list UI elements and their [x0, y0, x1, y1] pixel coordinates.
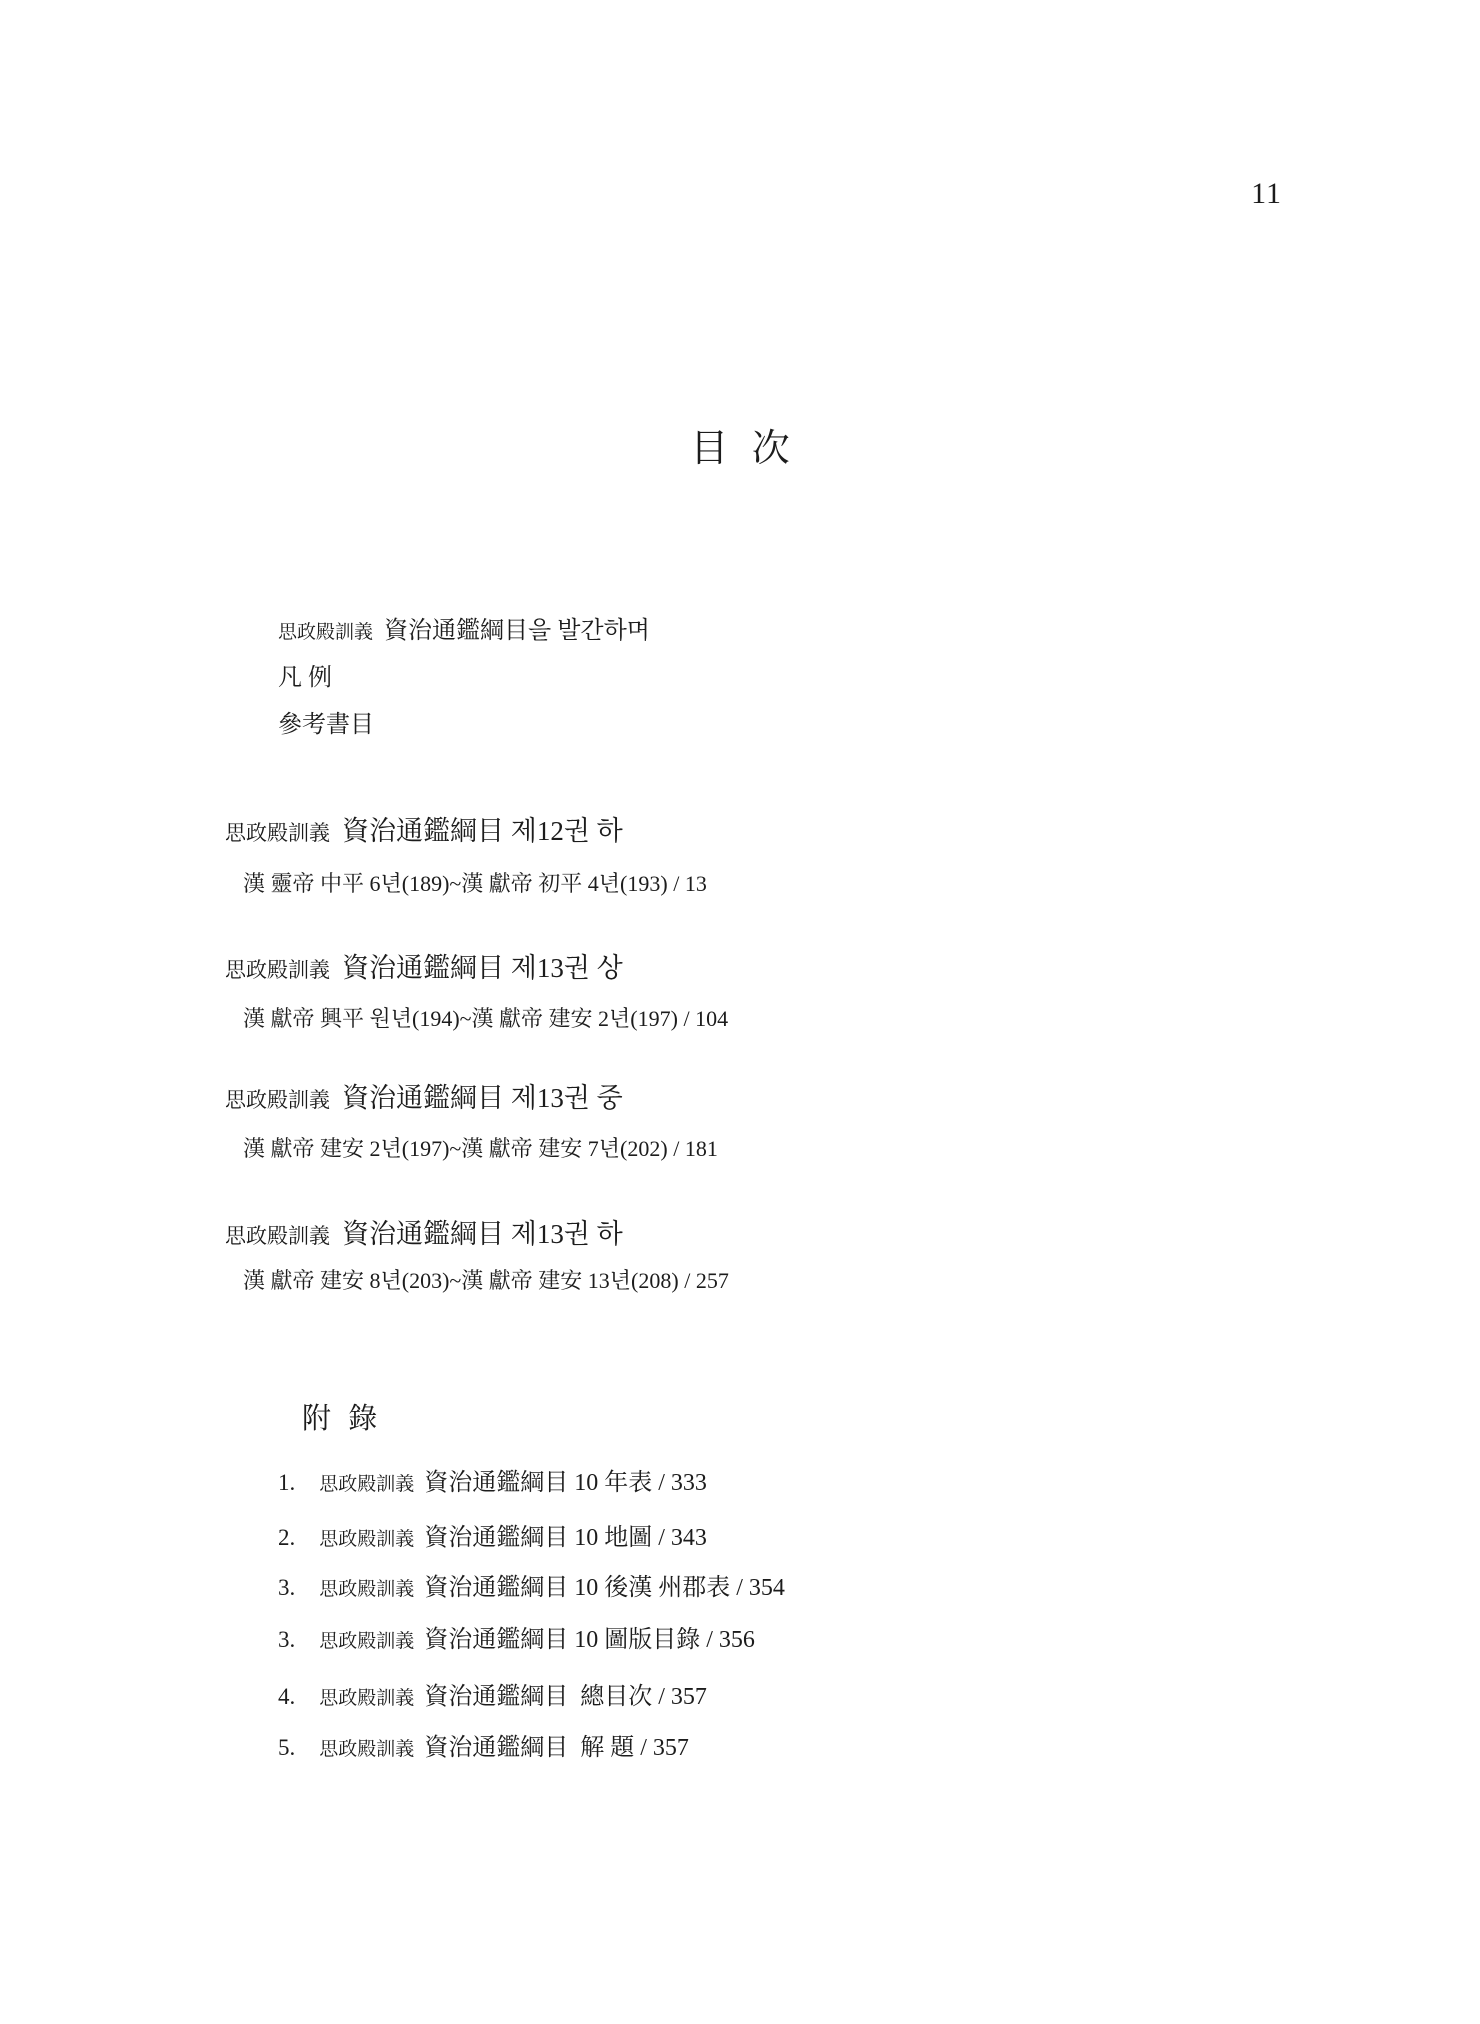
item-number: 2.	[278, 1525, 295, 1550]
volume-entry-range: 漢 獻帝 建安 8년(203)~漢 獻帝 建安 13년(208) / 257	[243, 1270, 729, 1292]
appendix-item: 3.思政殿訓義資治通鑑綱目 10 圖版目錄 / 356	[278, 1628, 755, 1652]
item-number: 4.	[278, 1684, 295, 1709]
appendix-heading: 附 錄	[302, 1405, 377, 1434]
volume-entry-range: 漢 獻帝 興平 원년(194)~漢 獻帝 建安 2년(197) / 104	[243, 1008, 728, 1030]
volume-entry-range: 漢 獻帝 建安 2년(197)~漢 獻帝 建安 7년(202) / 181	[243, 1138, 718, 1160]
volume-entry-title: 思政殿訓義資治通鑑綱目 제13권 하	[225, 1221, 623, 1248]
appendix-item: 5.思政殿訓義資治通鑑綱目 解 題 / 357	[278, 1736, 689, 1760]
series-prefix: 思政殿訓義	[225, 1088, 330, 1112]
appendix-item: 1.思政殿訓義資治通鑑綱目 10 年表 / 333	[278, 1471, 707, 1495]
volume-entry-title: 思政殿訓義資治通鑑綱目 제13권 상	[225, 955, 623, 982]
volume-title-text: 資治通鑑綱目 제13권 상	[342, 953, 623, 983]
item-number: 3.	[278, 1627, 295, 1652]
front-matter-item-conventions: 凡 例	[278, 666, 332, 690]
volume-title-text: 資治通鑑綱目 제12권 하	[342, 816, 623, 846]
volume-entry-title: 思政殿訓義資治通鑑綱目 제13권 중	[225, 1085, 623, 1112]
appendix-item-text: 資治通鑑綱目 10 後漢 州郡表 / 354	[424, 1575, 785, 1601]
series-prefix: 思政殿訓義	[319, 1474, 414, 1495]
series-prefix: 思政殿訓義	[319, 1739, 414, 1760]
appendix-item: 3.思政殿訓義資治通鑑綱目 10 後漢 州郡表 / 354	[278, 1576, 785, 1600]
volume-title-text: 資治通鑑綱目 제13권 중	[342, 1083, 623, 1113]
front-matter-item-bibliography: 參考書目	[278, 713, 374, 737]
front-matter-label: 參考書目	[278, 712, 374, 738]
appendix-item: 4.思政殿訓義資治通鑑綱目 總目次 / 357	[278, 1685, 707, 1709]
appendix-item-text: 資治通鑑綱目 解 題 / 357	[424, 1735, 689, 1761]
series-prefix: 思政殿訓義	[319, 1631, 414, 1652]
item-number: 1.	[278, 1470, 295, 1495]
appendix-item-text: 資治通鑑綱目 總目次 / 357	[424, 1684, 707, 1710]
page-title: 目 次	[0, 430, 1480, 468]
volume-entry-title: 思政殿訓義資治通鑑綱目 제12권 하	[225, 818, 623, 845]
series-prefix: 思政殿訓義	[319, 1579, 414, 1600]
series-prefix: 思政殿訓義	[225, 1224, 330, 1248]
front-matter-label: 資治通鑑綱目을 발간하며	[384, 618, 650, 644]
series-prefix: 思政殿訓義	[319, 1688, 414, 1709]
appendix-item-text: 資治通鑑綱目 10 年表 / 333	[424, 1470, 707, 1496]
toc-page: 11 目 次 思政殿訓義資治通鑑綱目을 발간하며 凡 例 參考書目 思政殿訓義資…	[0, 0, 1480, 2024]
appendix-item: 2.思政殿訓義資治通鑑綱目 10 地圖 / 343	[278, 1526, 707, 1550]
page-number: 11	[1251, 179, 1282, 209]
series-prefix: 思政殿訓義	[225, 958, 330, 982]
series-prefix: 思政殿訓義	[319, 1529, 414, 1550]
series-prefix: 思政殿訓義	[278, 622, 373, 643]
item-number: 3.	[278, 1575, 295, 1600]
volume-title-text: 資治通鑑綱目 제13권 하	[342, 1219, 623, 1249]
item-number: 5.	[278, 1735, 295, 1760]
series-prefix: 思政殿訓義	[225, 821, 330, 845]
front-matter-label: 凡 例	[278, 665, 332, 691]
volume-entry-range: 漢 靈帝 中平 6년(189)~漢 獻帝 初平 4년(193) / 13	[243, 873, 707, 895]
appendix-item-text: 資治通鑑綱目 10 圖版目錄 / 356	[424, 1627, 755, 1653]
front-matter-item-foreword: 思政殿訓義資治通鑑綱目을 발간하며	[278, 619, 650, 643]
appendix-item-text: 資治通鑑綱目 10 地圖 / 343	[424, 1525, 707, 1551]
